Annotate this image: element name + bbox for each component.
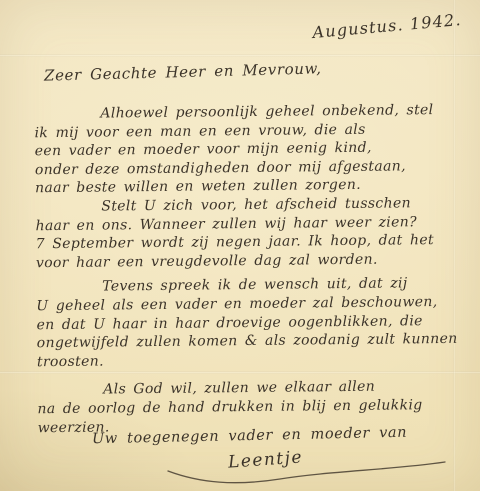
- letter-line: troosten.: [37, 348, 465, 371]
- fold-crease-horizontal: [0, 54, 480, 57]
- letter-salutation: Zeer Geachte Heer en Mevrouw,: [44, 59, 322, 84]
- letter-paragraph: Alhoewel persoonlijk geheel onbekend, st…: [34, 101, 463, 198]
- letter-paragraph: Stelt U zich voor, het afscheid tusschen…: [35, 194, 464, 273]
- letter-document: Augustus. 1942. Zeer Geachte Heer en Mev…: [0, 0, 480, 491]
- letter-line: voor haar een vreugdevolle dag zal worde…: [36, 250, 464, 273]
- letter-paragraph: Tevens spreek ik de wensch uit, dat zijU…: [36, 274, 465, 371]
- letter-body: Alhoewel persoonlijk geheel onbekend, st…: [34, 101, 465, 438]
- letter-date: Augustus. 1942.: [312, 10, 463, 42]
- letter-signature: Leentje: [227, 447, 303, 472]
